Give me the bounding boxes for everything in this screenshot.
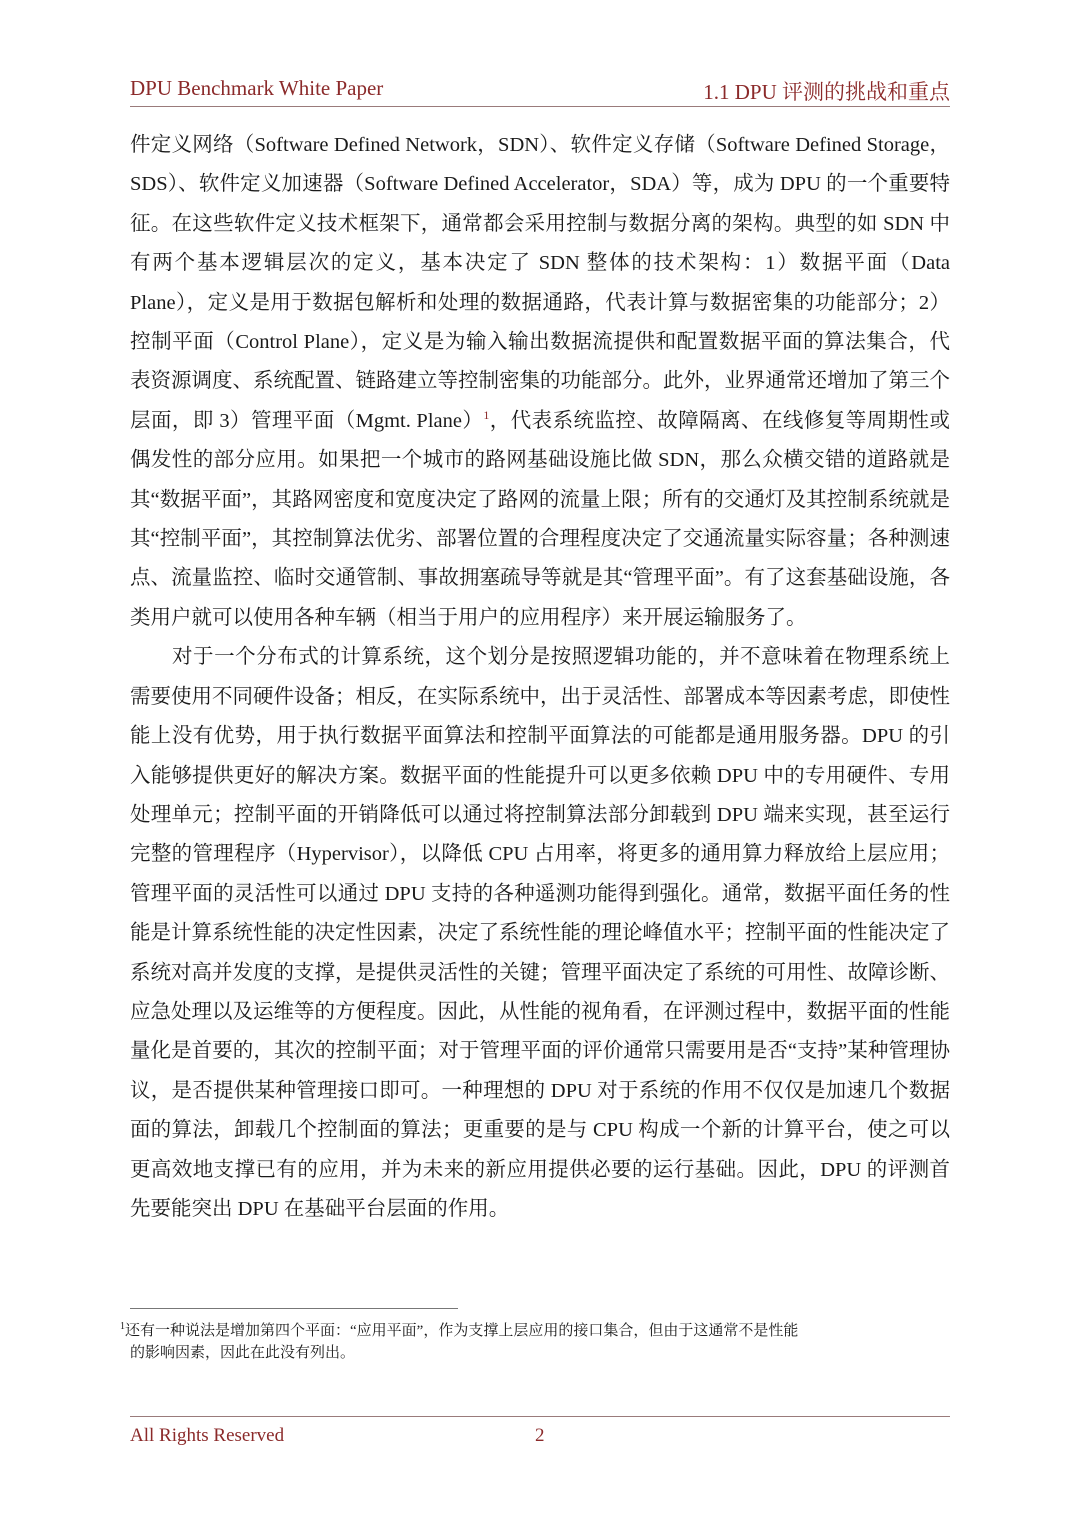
document-title: DPU Benchmark White Paper — [130, 76, 383, 101]
paragraph-1-text-b: ，代表系统监控、故障隔离、在线修复等周期性或偶发性的部分应用。如果把一个城市的路… — [130, 410, 950, 629]
footnote: 1还有一种说法是增加第四个平面：“应用平面”，作为支撑上层应用的接口集合，但由于… — [120, 1320, 950, 1364]
footnote-divider — [130, 1308, 458, 1309]
footnote-text-line2: 的影响因素，因此在此没有列出。 — [120, 1342, 950, 1364]
page-header: DPU Benchmark White Paper 1.1 DPU 评测的挑战和… — [130, 74, 950, 104]
page-number: 2 — [535, 1425, 545, 1447]
paragraph-2: 对于一个分布式的计算系统，这个划分是按照逻辑功能的，并不意味着在物理系统上需要使… — [130, 638, 950, 1229]
paragraph-1: 件定义网络（Software Defined Network，SDN）、软件定义… — [130, 126, 950, 638]
footer-divider — [130, 1416, 950, 1417]
header-divider — [130, 106, 950, 107]
body-text: 件定义网络（Software Defined Network，SDN）、软件定义… — [130, 126, 950, 1229]
page-footer: All Rights Reserved 2 — [130, 1425, 950, 1455]
copyright-notice: All Rights Reserved — [130, 1425, 284, 1447]
footnote-text-line1: 还有一种说法是增加第四个平面：“应用平面”，作为支撑上层应用的接口集合，但由于这… — [125, 1323, 798, 1339]
paragraph-1-text-a: 件定义网络（Software Defined Network，SDN）、软件定义… — [130, 134, 950, 432]
section-title: 1.1 DPU 评测的挑战和重点 — [703, 76, 950, 106]
